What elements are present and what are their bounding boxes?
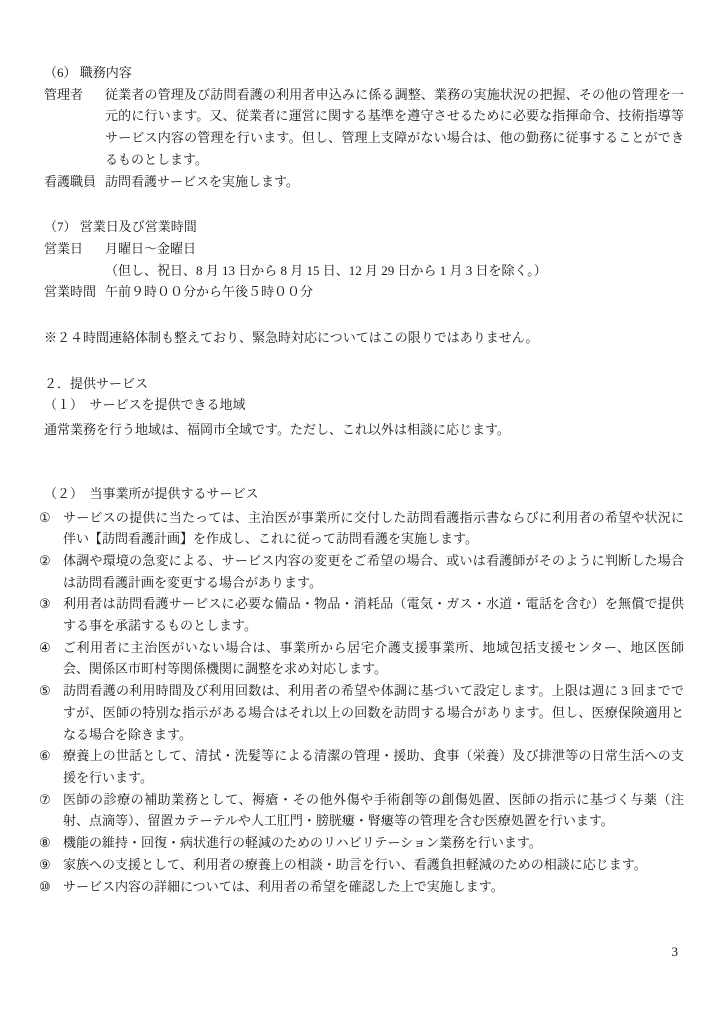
- page-number: 3: [672, 941, 679, 963]
- list-item: ⑩ サービス内容の詳細については、利用者の希望を確認した上で実施します。: [44, 876, 684, 898]
- service-area-text: 通常業務を行う地域は、福岡市全域です。ただし、これ以外は相談に応じます。: [44, 419, 684, 441]
- nursing-staff-label: 看護職員: [44, 171, 105, 193]
- item-number: ⑩: [39, 876, 63, 898]
- item-number: ②: [39, 550, 63, 593]
- item-text: 家族への支援として、利用者の療養上の相談・助言を行い、看護負担軽減のための相談に…: [63, 854, 684, 876]
- definition-row-nursing-staff: 看護職員 訪問看護サービスを実施します。: [44, 171, 684, 193]
- subsection-1-heading: （１） サービスを提供できる地域: [44, 394, 684, 416]
- list-item: ② 体調や環境の急変による、サービス内容の変更をご希望の場合、或いは看護師がその…: [44, 550, 684, 593]
- item-text: 機能の維持・回復・病状進行の軽減のためのリハビリテーション業務を行います。: [63, 832, 684, 854]
- item-text: 訪問看護の利用時間及び利用回数は、利用者の希望や体調に基づいて設定します。上限は…: [63, 680, 684, 745]
- list-item: ③ 利用者は訪問看護サービスに必要な備品・物品・消耗品（電気・ガス・水道・電話を…: [44, 593, 684, 636]
- item-number: ①: [39, 507, 63, 550]
- section-provided-services: ２．提供サービス （１） サービスを提供できる地域 通常業務を行う地域は、福岡市…: [44, 373, 684, 897]
- definition-row-business-days: 営業日 月曜日～金曜日 （但し、祝日、8 月 13 日から 8 月 15 日、1…: [44, 238, 684, 281]
- definition-row-business-time: 営業時間 午前９時００分から午後５時００分: [44, 281, 684, 303]
- nursing-staff-duties-text: 訪問看護サービスを実施します。: [105, 171, 684, 193]
- item-text: 療養上の世話として、清拭・洗髪等による清潔の管理・援助、食事（栄養）及び排泄等の…: [63, 745, 684, 788]
- business-time-value: 午前９時００分から午後５時００分: [105, 281, 684, 303]
- list-item: ⑦ 医師の診療の補助業務として、褥瘡・その他外傷や手術創等の創傷処置、医師の指示…: [44, 789, 684, 832]
- item-number: ④: [39, 637, 63, 680]
- item-number: ⑥: [39, 745, 63, 788]
- section-7-heading: （7） 営業日及び営業時間: [44, 216, 684, 238]
- item-number: ⑤: [39, 680, 63, 745]
- item-text: サービスの提供に当たっては、主治医が事業所に交付した訪問看護指示書ならびに利用者…: [63, 507, 684, 550]
- section-6-heading: （6） 職務内容: [44, 62, 684, 84]
- item-number: ③: [39, 593, 63, 636]
- list-item: ⑥ 療養上の世話として、清拭・洗髪等による清潔の管理・援助、食事（栄養）及び排泄…: [44, 745, 684, 788]
- list-item: ⑨ 家族への支援として、利用者の療養上の相談・助言を行い、看護負担軽減のための相…: [44, 854, 684, 876]
- section-business-hours: （7） 営業日及び営業時間 営業日 月曜日～金曜日 （但し、祝日、8 月 13 …: [44, 216, 684, 303]
- section-job-duties: （6） 職務内容 管理者 従業者の管理及び訪問看護の利用者申込みに係る調整、業務…: [44, 62, 684, 192]
- business-days-label: 営業日: [44, 238, 105, 281]
- section-2-heading: ２．提供サービス: [44, 373, 684, 395]
- business-days-range: 月曜日～金曜日: [105, 238, 684, 260]
- document-page: （6） 職務内容 管理者 従業者の管理及び訪問看護の利用者申込みに係る調整、業務…: [0, 0, 724, 1024]
- item-text: 医師の診療の補助業務として、褥瘡・その他外傷や手術創等の創傷処置、医師の指示に基…: [63, 789, 684, 832]
- subsection-2-heading: （２） 当事業所が提供するサービス: [44, 483, 684, 505]
- item-number: ⑨: [39, 854, 63, 876]
- item-text: サービス内容の詳細については、利用者の希望を確認した上で実施します。: [63, 876, 684, 898]
- item-number: ⑦: [39, 789, 63, 832]
- service-items-list: ① サービスの提供に当たっては、主治医が事業所に交付した訪問看護指示書ならびに利…: [44, 507, 684, 898]
- manager-duties-text: 従業者の管理及び訪問看護の利用者申込みに係る調整、業務の実施状況の把握、その他の…: [105, 84, 684, 171]
- note-24h-contact: ※２４時間連絡体制も整えており、緊急時対応についてはこの限りではありません。: [44, 327, 684, 349]
- list-item: ⑧ 機能の維持・回復・病状進行の軽減のためのリハビリテーション業務を行います。: [44, 832, 684, 854]
- business-time-label: 営業時間: [44, 281, 105, 303]
- item-text: 体調や環境の急変による、サービス内容の変更をご希望の場合、或いは看護師がそのよう…: [63, 550, 684, 593]
- manager-label: 管理者: [44, 84, 105, 171]
- item-number: ⑧: [39, 832, 63, 854]
- definition-row-manager: 管理者 従業者の管理及び訪問看護の利用者申込みに係る調整、業務の実施状況の把握、…: [44, 84, 684, 171]
- list-item: ① サービスの提供に当たっては、主治医が事業所に交付した訪問看護指示書ならびに利…: [44, 507, 684, 550]
- item-text: ご利用者に主治医がいない場合は、事業所から居宅介護支援事業所、地域包括支援センタ…: [63, 637, 684, 680]
- list-item: ④ ご利用者に主治医がいない場合は、事業所から居宅介護支援事業所、地域包括支援セ…: [44, 637, 684, 680]
- business-days-exception-note: （但し、祝日、8 月 13 日から 8 月 15 日、12 月 29 日から 1…: [105, 260, 684, 282]
- item-text: 利用者は訪問看護サービスに必要な備品・物品・消耗品（電気・ガス・水道・電話を含む…: [63, 593, 684, 636]
- business-days-value: 月曜日～金曜日 （但し、祝日、8 月 13 日から 8 月 15 日、12 月 …: [105, 238, 684, 281]
- list-item: ⑤ 訪問看護の利用時間及び利用回数は、利用者の希望や体調に基づいて設定します。上…: [44, 680, 684, 745]
